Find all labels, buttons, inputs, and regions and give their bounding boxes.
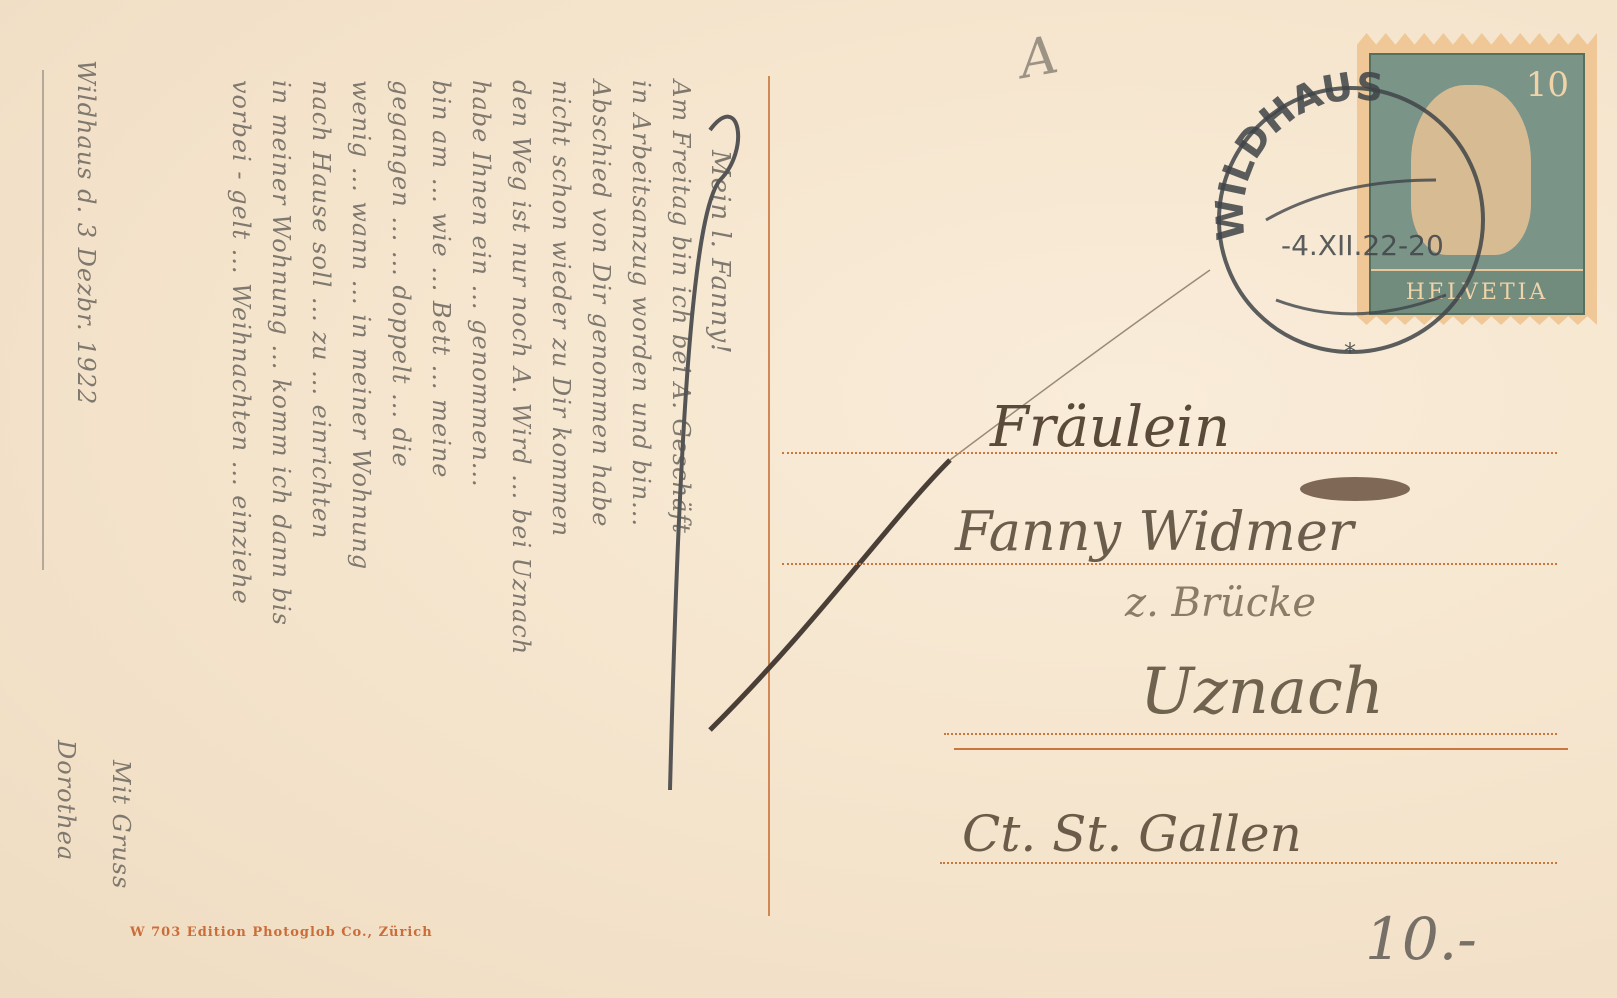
corner-mark: A <box>1015 25 1062 91</box>
message-line: vorbei - gelt ... Weihnachten ... einzie… <box>227 80 255 605</box>
printer-imprint: W 703 Edition Photoglob Co., Zürich <box>130 925 433 940</box>
postmark-star: * <box>1344 338 1356 360</box>
ink-blot <box>1300 477 1410 501</box>
pencil-price-note: 10.- <box>1365 905 1477 973</box>
message-place-date: Wildhaus d. 3 Dezbr. 1922 <box>72 60 100 405</box>
message-line: in meiner Wohnung ... komm ich dann bis <box>267 80 295 626</box>
message-line: nach Hause soll ... zu ... einrichten <box>307 80 335 539</box>
message-line: Abschied von Dir genommen habe <box>587 80 615 528</box>
address-canton: Ct. St. Gallen <box>962 805 1302 863</box>
stamp-value: 10 <box>1526 65 1569 105</box>
address-line2: z. Brücke <box>1125 580 1316 626</box>
address-rule <box>782 563 1557 565</box>
message-signature: Dorothea <box>52 740 80 861</box>
message-line: bin am ... wie ... Bett ... meine <box>427 80 455 478</box>
postmark-town: WILDHAUS <box>1207 70 1385 242</box>
address-rule-solid <box>954 748 1568 750</box>
address-name: Fanny Widmer <box>955 500 1354 563</box>
address-town: Uznach <box>1140 655 1384 729</box>
address-rule <box>944 733 1557 735</box>
message-line: habe Ihnen ein ... genommen... <box>467 80 495 488</box>
postcard: A Mein l. Fanny! Am Freitag bin ich bei … <box>0 0 1617 998</box>
place-date-rule <box>42 70 44 570</box>
svg-text:WILDHAUS: WILDHAUS <box>1207 70 1385 242</box>
message-line: gegangen ... ... doppelt ... die <box>387 80 415 468</box>
message-line: wenig ... wann ... in meiner Wohnung <box>347 80 375 570</box>
message-line: nicht schon wieder zu Dir kommen <box>547 80 575 537</box>
address-salutation: Fräulein <box>990 395 1230 460</box>
message-line: den Weg ist nur noch A. Wird ... bei Uzn… <box>507 80 535 655</box>
postmark-date: -4.XII.22-20 <box>1281 229 1444 262</box>
message-closing: Mit Gruss <box>107 760 135 889</box>
